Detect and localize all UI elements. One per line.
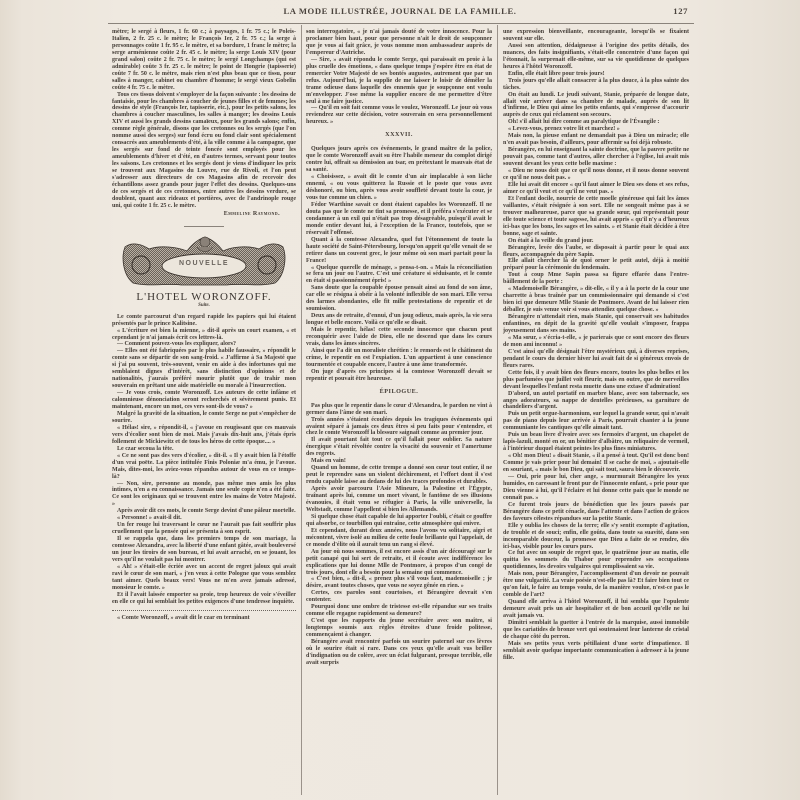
paragraph: « Personne! » avait-il dit.	[112, 515, 296, 522]
column-divider	[497, 25, 498, 795]
paragraph: Elle allait chercher là de quoi orner le…	[503, 258, 689, 272]
paragraph: Bérangère, en lui enseignant la sainte d…	[503, 147, 689, 168]
paragraph: Au jour où nous sommes, il est encore as…	[306, 549, 492, 577]
paragraph: Cette fois, il y avait bien des fleurs e…	[503, 370, 689, 391]
paragraph: Tous ces tissus doivent s'employer de la…	[112, 92, 296, 210]
paragraph: Après avoir parcouru l'Asie Mineure, la …	[306, 486, 492, 514]
paragraph: Puis un beau livre d'ivoire avec ses fer…	[503, 432, 689, 453]
paragraph: C'est que les rapports du jeune secrétai…	[306, 618, 492, 639]
paragraph: son interrogatoire, « je n'ai jamais dou…	[306, 29, 492, 57]
epilogue-text: Pas plus que le repentir dans le cœur d'…	[306, 403, 492, 667]
paragraph: Deux ans de retraite, d'ennui, d'un joug…	[306, 313, 492, 327]
story-continuation: une expression bienveillante, encouragea…	[503, 29, 689, 662]
paragraph: Bérangère n'attendait rien, mais Stanie,…	[503, 314, 689, 335]
paragraph: Et il l'avait laissée emporter sa proie,…	[112, 592, 296, 606]
column-right: une expression bienveillante, encouragea…	[503, 29, 689, 662]
paragraph: « Choisissez, » avait dit le comte d'un …	[306, 174, 492, 202]
paragraph: « Dieu ne nous doit que ce qu'il nous do…	[503, 168, 689, 182]
paragraph: Et cependant, durant deux années, nous l…	[306, 528, 492, 549]
nouvelle-ornament: NOUVELLE	[119, 233, 289, 288]
paragraph: C'est ainsi qu'elle désignait l'être mys…	[503, 349, 689, 370]
paragraph: — Non, sire, personne au monde, pas même…	[112, 481, 296, 509]
paragraph: « Ma sœur, » s'écria-t-elle, « je parier…	[503, 335, 689, 349]
paragraph: Elle lui avait dit encore « qu'il faut a…	[503, 182, 689, 196]
paragraph: Mais ses petits yeux verts pétillaient d…	[503, 641, 689, 662]
paragraph: Ce furent trois jours de bénédiction que…	[503, 502, 689, 523]
paragraph: — Sire, » avait répondu le comte Serge, …	[306, 57, 492, 106]
paragraph: Elle y oublia les choses de la terre; el…	[503, 523, 689, 551]
paragraph: Trois jours qu'elle allait consacrer à l…	[503, 78, 689, 92]
paragraph: Il se rappela que, dans les premiers tem…	[112, 536, 296, 564]
paragraph: Ce fut avec un soupir de regret que, le …	[503, 550, 689, 571]
ornament-label: NOUVELLE	[119, 261, 289, 268]
journal-title: LA MODE ILLUSTRÉE, JOURNAL DE LA FAMILLE…	[110, 6, 690, 16]
paragraph: Malgré la gravité de la situation, le co…	[112, 411, 296, 425]
paragraph: Bérangère avait rencontré parfois un sou…	[306, 639, 492, 667]
paragraph: Enfin, elle était libre pour trois jours…	[503, 71, 689, 78]
paragraph: « Levez-vous, prenez votre lit et marche…	[503, 126, 689, 133]
paragraph: Mais non, pour Bérangère, l'accomplissem…	[503, 571, 689, 599]
chapter-37-text: Quelques jours après ces événements, le …	[306, 146, 492, 382]
column-left: mètre; le sergé à fleurs, 1 fr. 60 c.; à…	[112, 29, 296, 622]
paragraph: Certes, ces paroles sont courtoises, et …	[306, 590, 492, 604]
epilogue-heading: ÉPILOGUE.	[306, 389, 492, 396]
story-closing-line: « Comte Woronzoff, » avait dit le czar e…	[112, 615, 296, 622]
story-text: Le comte parcourut d'un regard rapide le…	[112, 314, 296, 606]
paragraph: Dimitri semblait la guetter à l'entrée d…	[503, 620, 689, 641]
story-title: L'HOTEL WORONZOFF.	[112, 294, 296, 301]
paragraph: Un fer rouge lui traversant le cœur ne l…	[112, 522, 296, 536]
paragraph: Il avait pourtant fait tout ce qu'il fal…	[306, 437, 492, 458]
paragraph: Sans doute que la coupable épouse pensai…	[306, 285, 492, 313]
chapter-heading: XXXVII.	[306, 132, 492, 139]
paragraph: Mais en vain!	[306, 458, 492, 465]
author-signature: Emmeline Raymond.	[112, 211, 296, 218]
paragraph: Bérangère, levée dès l'aube, se disposai…	[503, 245, 689, 259]
paragraph: « L'écriture est bien la mienne, » dit-i…	[112, 328, 296, 342]
paragraph: On était au lundi. Le jeudi suivant, Sta…	[503, 92, 689, 120]
paragraph: — Qu'il en soit fait comme vous le voule…	[306, 105, 492, 126]
section-divider	[184, 226, 224, 227]
paragraph: — Elles ont été fabriquées par le plus h…	[112, 348, 296, 390]
paragraph: « Ah! » s'était-elle écriée avec un acce…	[112, 564, 296, 592]
paragraph: Mais non, la pieuse enfant ne demandait …	[503, 133, 689, 147]
paragraph: Quand un homme, de cette trempe a donné …	[306, 465, 492, 486]
running-header: LA MODE ILLUSTRÉE, JOURNAL DE LA FAMILLE…	[110, 6, 690, 20]
header-rule	[108, 23, 694, 24]
paragraph: Aussi son attention, dédaigneuse à l'ori…	[503, 43, 689, 71]
paragraph: — Je vous crois, comte Woronzoff. Les au…	[112, 390, 296, 411]
chapter-36-end: son interrogatoire, « je n'ai jamais dou…	[306, 29, 492, 126]
paragraph: mètre; le sergé à fleurs, 1 fr. 60 c.; à…	[112, 29, 296, 92]
paragraph: Pourquoi donc une ombre de tristesse est…	[306, 604, 492, 618]
paragraph: — Oui, prie pour lui, cher ange, » murmu…	[503, 474, 689, 502]
paragraph: Si quelque chose était capable de lui ap…	[306, 514, 492, 528]
paragraph: Mais le repentir, hélas! cette seconde i…	[306, 327, 492, 348]
column-middle: son interrogatoire, « je n'ai jamais dou…	[306, 29, 492, 667]
paragraph: une expression bienveillante, encouragea…	[503, 29, 689, 43]
paragraph: — Comment pouvez-vous les expliquer, alo…	[112, 341, 296, 348]
paragraph: « Ce ne sont pas des vers d'écolier, » d…	[112, 453, 296, 481]
paragraph: « C'est bien, » dit-il, « prenez plus s'…	[306, 576, 492, 590]
paragraph: Après avoir dit ces mots, le comte Serge…	[112, 508, 296, 515]
paragraph: Le comte parcourut d'un regard rapide le…	[112, 314, 296, 328]
paragraph: D'abord, un autel portatif en marbre bla…	[503, 391, 689, 412]
paragraph: Quant à la comtesse Alexandra, quel fut …	[306, 237, 492, 265]
page-number: 127	[673, 6, 688, 16]
paragraph: On était à la veille du grand jour.	[503, 238, 689, 245]
paragraph: « Oh! mon Dieu! » disait Stanie, « il a …	[503, 453, 689, 474]
paragraph: Fédor Warthine savait ce dont étaient ca…	[306, 202, 492, 237]
paragraph: Le czar secoua la tête.	[112, 446, 296, 453]
paragraph: Quelques jours après ces événements, le …	[306, 146, 492, 174]
continued-label: Suite.	[112, 303, 296, 310]
paragraph: Tout à coup Mme Sapin passa sa figure ef…	[503, 272, 689, 286]
dotted-separator	[112, 608, 296, 611]
paragraph: Puis un petit orgue-harmonium, sur leque…	[503, 411, 689, 432]
paragraph: On juge d'après ces principes si la comt…	[306, 369, 492, 383]
paragraph: Pas plus que le repentir dans le cœur d'…	[306, 403, 492, 417]
paragraph: « Hélas! sire, » répondit-il, « j'avoue …	[112, 425, 296, 446]
paragraph: « Quelque querelle de ménage, » pensa-t-…	[306, 265, 492, 286]
paragraph: Et l'enfant docile, nourrie de cette moe…	[503, 196, 689, 238]
paragraph: Oh! s'il allait lui dire comme au paraly…	[503, 119, 689, 126]
fashion-article: mètre; le sergé à fleurs, 1 fr. 60 c.; à…	[112, 29, 296, 210]
column-divider	[301, 25, 302, 795]
paragraph: Trois années s'étaient écoulées depuis l…	[306, 417, 492, 438]
newspaper-page: LA MODE ILLUSTRÉE, JOURNAL DE LA FAMILLE…	[0, 0, 800, 800]
paragraph: « Mademoiselle Bérangère, » dit-elle, « …	[503, 286, 689, 314]
paragraph: Quand elle arriva à l'hôtel Woronzoff, i…	[503, 599, 689, 620]
paragraph: Ainsi que l'a dit un moraliste chrétien …	[306, 348, 492, 369]
